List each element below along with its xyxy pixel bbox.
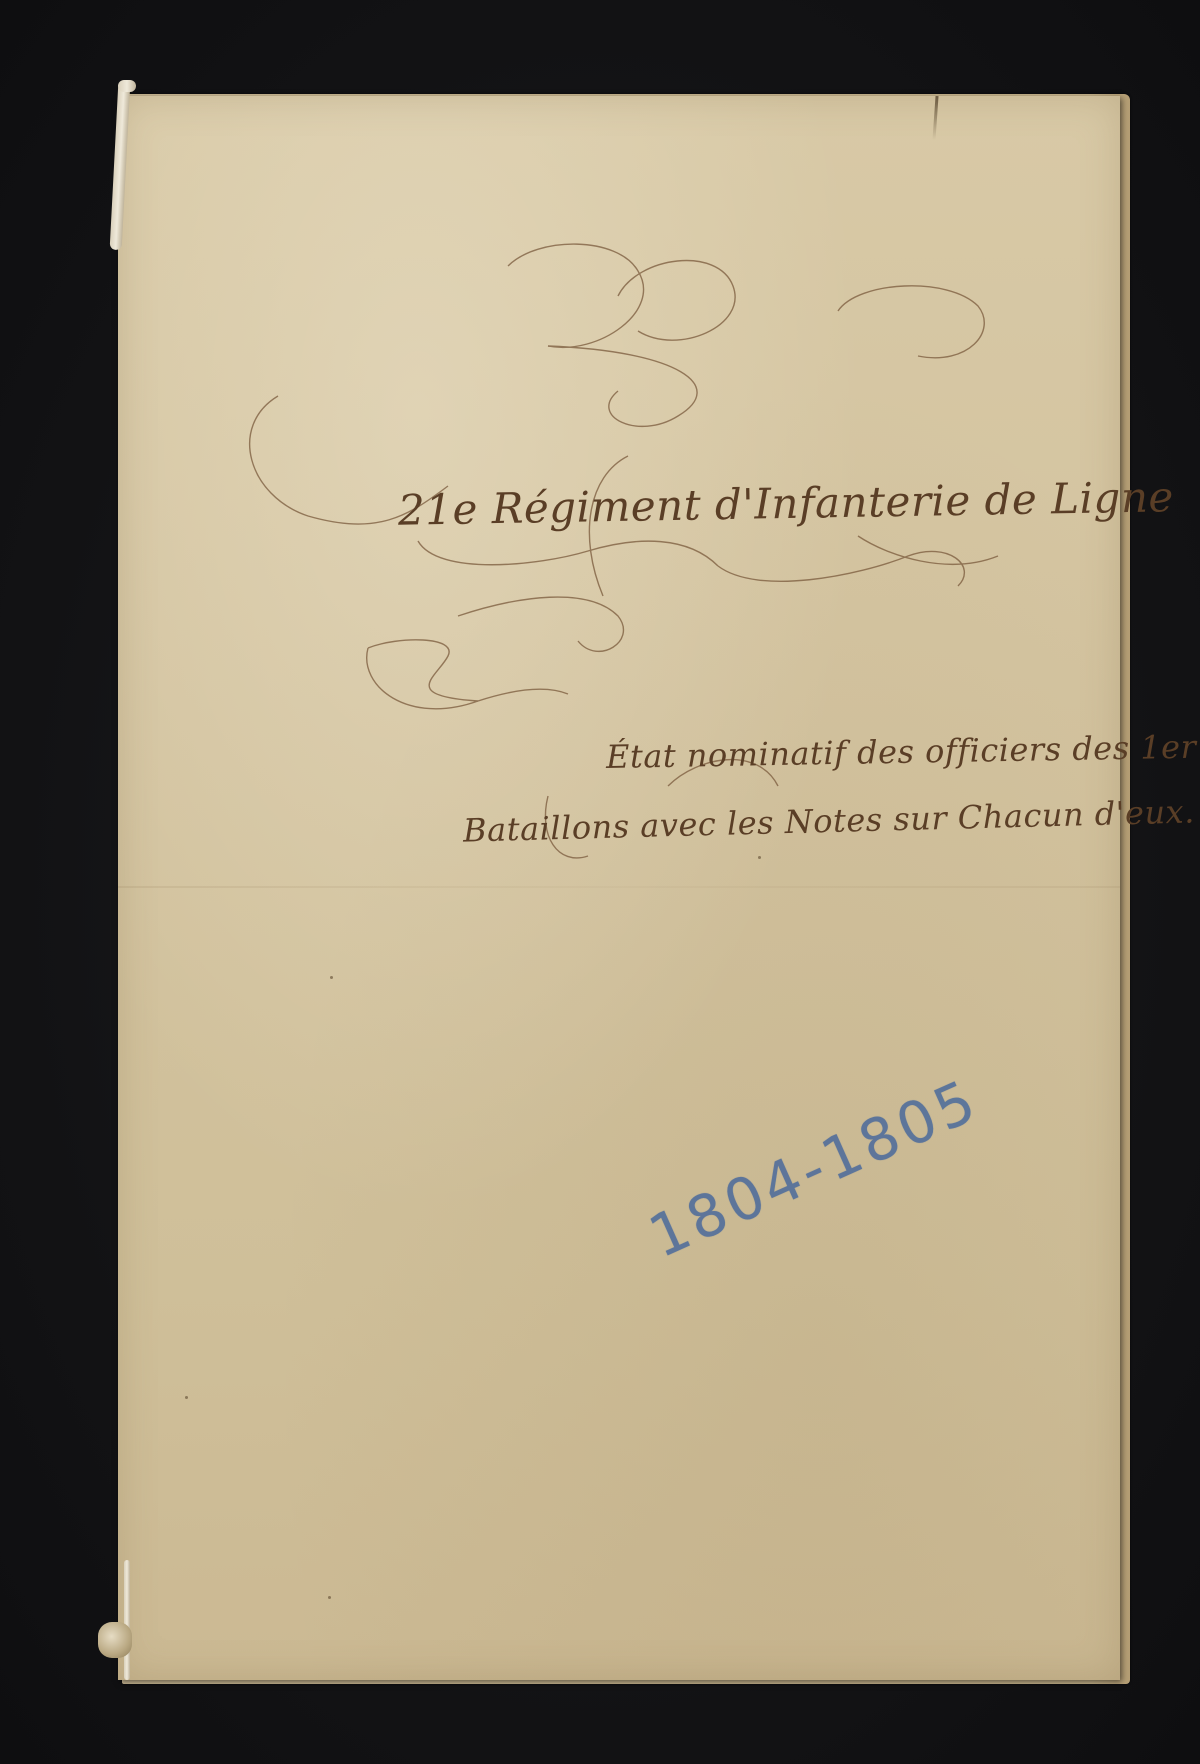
binding-knot-top [118, 80, 136, 92]
calligraphic-flourishes [118, 96, 1120, 1680]
fold-crease [118, 886, 1120, 888]
subtitle-line-1: État nominatif des officiers des 1er et … [606, 726, 1200, 776]
photo-backdrop: 21e Régiment d'Infanterie de Ligne État … [0, 0, 1200, 1764]
paper-speck [185, 1396, 188, 1399]
binding-knot-bottom [98, 1622, 132, 1658]
date-annotation: 1804-1805 [639, 1066, 988, 1271]
regiment-title: 21e Régiment d'Infanterie de Ligne [398, 472, 1175, 535]
binding-string-bottom [124, 1560, 130, 1680]
paper-tear [932, 96, 938, 140]
paper-speck [758, 856, 761, 859]
manuscript-page: 21e Régiment d'Infanterie de Ligne État … [118, 96, 1120, 1680]
paper-speck [330, 976, 333, 979]
paper-speck [328, 1596, 331, 1599]
subtitle-line-2: Bataillons avec les Notes sur Chacun d'e… [463, 792, 1196, 849]
